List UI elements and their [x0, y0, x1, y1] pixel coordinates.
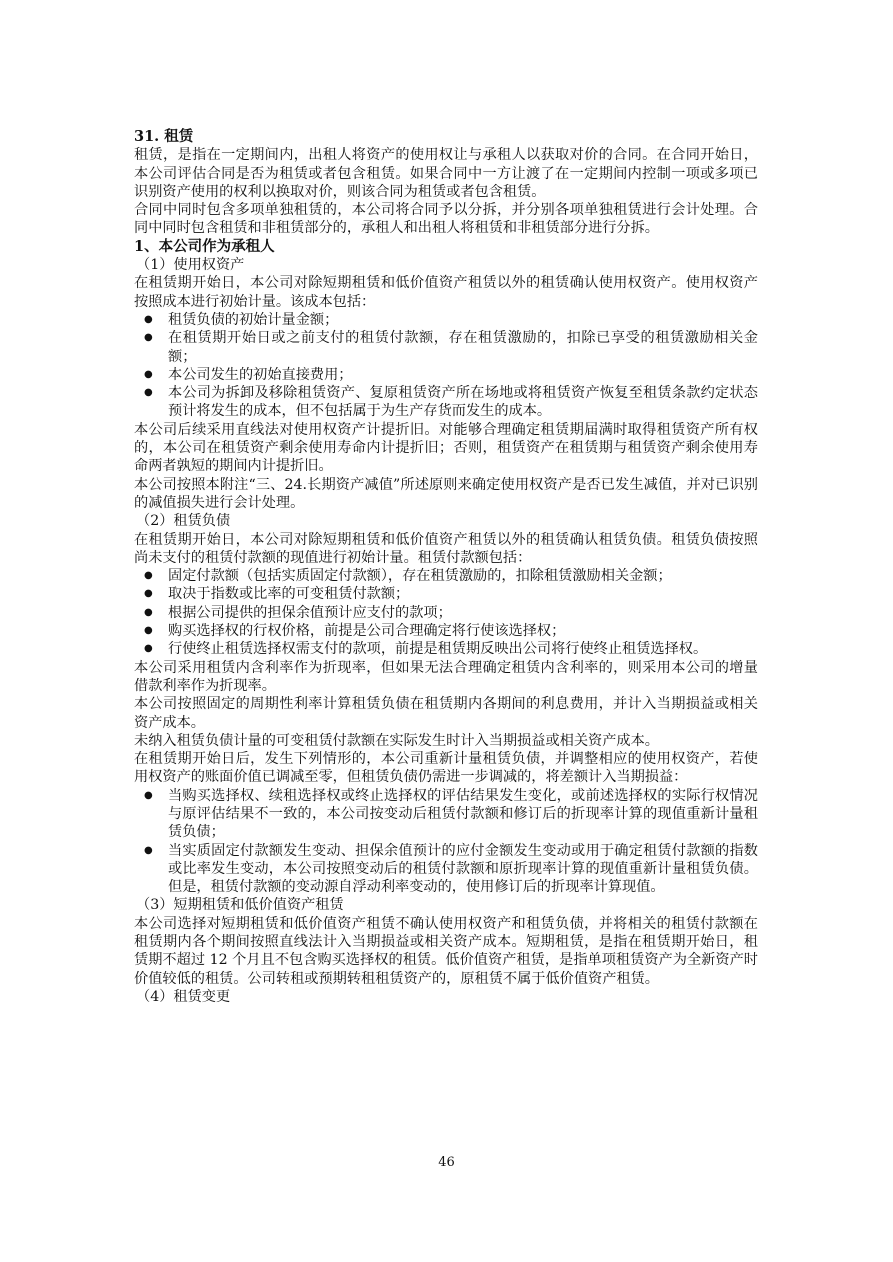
- part3-title: （3）短期租赁和低价值资产租赁: [134, 896, 758, 914]
- bullet-icon: ●: [144, 585, 153, 603]
- bullet-icon: ●: [144, 311, 153, 329]
- section-title: 31. 租赁: [134, 128, 758, 146]
- list-item: ●本公司发生的初始直接费用；: [134, 366, 758, 384]
- part2-remeasurement-list: ●当购买选择权、续租选择权或终止选择权的评估结果发生变化，或前述选择权的实际行权…: [134, 787, 758, 897]
- part3-paragraph-1: 本公司选择对短期租赁和低价值资产租赁不确认使用权资产和租赁负债，并将相关的租赁付…: [134, 915, 758, 988]
- list-item: ●取决于指数或比率的可变租赁付款额；: [134, 585, 758, 603]
- part1-paragraph-3: 本公司按照本附注“三、24.长期资产减值”所述原则来确定使用权资产是否已发生减值…: [134, 476, 758, 513]
- part2-paragraph-4: 未纳入租赁负债计量的可变租赁付款额在实际发生时计入当期损益或相关资产成本。: [134, 732, 758, 750]
- bullet-icon: ●: [144, 604, 153, 622]
- part2-bullet-list: ●固定付款额（包括实质固定付款额），存在租赁激励的，扣除租赁激励相关金额； ●取…: [134, 567, 758, 658]
- page-number: 46: [0, 1155, 893, 1170]
- list-item: ●当购买选择权、续租选择权或终止选择权的评估结果发生变化，或前述选择权的实际行权…: [134, 787, 758, 842]
- part1-bullet-list: ●租赁负债的初始计量金额； ●在租赁期开始日或之前支付的租赁付款额，存在租赁激励…: [134, 311, 758, 421]
- part4-title: （4）租赁变更: [134, 988, 758, 1006]
- bullet-icon: ●: [144, 366, 153, 384]
- list-item: ●租赁负债的初始计量金额；: [134, 311, 758, 329]
- bullet-icon: ●: [144, 567, 153, 585]
- part2-paragraph-2: 本公司采用租赁内含利率作为折现率，但如果无法合理确定租赁内含利率的，则采用本公司…: [134, 659, 758, 696]
- subsection-title: 1、本公司作为承租人: [134, 238, 758, 256]
- list-item: ●根据公司提供的担保余值预计应支付的款项；: [134, 604, 758, 622]
- bullet-icon: ●: [144, 384, 153, 402]
- intro-paragraph-2: 合同中同时包含多项单独租赁的，本公司将合同予以分拆，并分别各项单独租赁进行会计处…: [134, 201, 758, 238]
- part2-paragraph-3: 本公司按照固定的周期性利率计算租赁负债在租赁期内各期间的利息费用，并计入当期损益…: [134, 695, 758, 732]
- part1-paragraph-1: 在租赁期开始日，本公司对除短期租赁和低价值资产租赁以外的租赁确认使用权资产。使用…: [134, 274, 758, 311]
- bullet-icon: ●: [144, 329, 153, 347]
- part1-title: （1）使用权资产: [134, 256, 758, 274]
- list-item: ●行使终止租赁选择权需支付的款项，前提是租赁期反映出公司将行使终止租赁选择权。: [134, 640, 758, 658]
- part2-paragraph-5: 在租赁期开始日后，发生下列情形的，本公司重新计量租赁负债，并调整相应的使用权资产…: [134, 750, 758, 787]
- bullet-icon: ●: [144, 842, 153, 860]
- list-item: ●在租赁期开始日或之前支付的租赁付款额，存在租赁激励的，扣除已享受的租赁激励相关…: [134, 329, 758, 366]
- bullet-icon: ●: [144, 622, 153, 640]
- document-page: 31. 租赁 租赁，是指在一定期间内，出租人将资产的使用权让与承租人以获取对价的…: [134, 128, 758, 1006]
- part2-paragraph-1: 在租赁期开始日，本公司对除短期租赁和低价值资产租赁以外的租赁确认租赁负债。租赁负…: [134, 531, 758, 568]
- list-item: ●固定付款额（包括实质固定付款额），存在租赁激励的，扣除租赁激励相关金额；: [134, 567, 758, 585]
- part2-title: （2）租赁负债: [134, 512, 758, 530]
- list-item: ●当实质固定付款额发生变动、担保余值预计的应付金额发生变动或用于确定租赁付款额的…: [134, 842, 758, 897]
- list-item: ●购买选择权的行权价格，前提是公司合理确定将行使该选择权；: [134, 622, 758, 640]
- bullet-icon: ●: [144, 787, 153, 805]
- bullet-icon: ●: [144, 640, 153, 658]
- part1-paragraph-2: 本公司后续采用直线法对使用权资产计提折旧。对能够合理确定租赁期届满时取得租赁资产…: [134, 421, 758, 476]
- intro-paragraph-1: 租赁，是指在一定期间内，出租人将资产的使用权让与承租人以获取对价的合同。在合同开…: [134, 146, 758, 201]
- list-item: ●本公司为拆卸及移除租赁资产、复原租赁资产所在场地或将租赁资产恢复至租赁条款约定…: [134, 384, 758, 421]
